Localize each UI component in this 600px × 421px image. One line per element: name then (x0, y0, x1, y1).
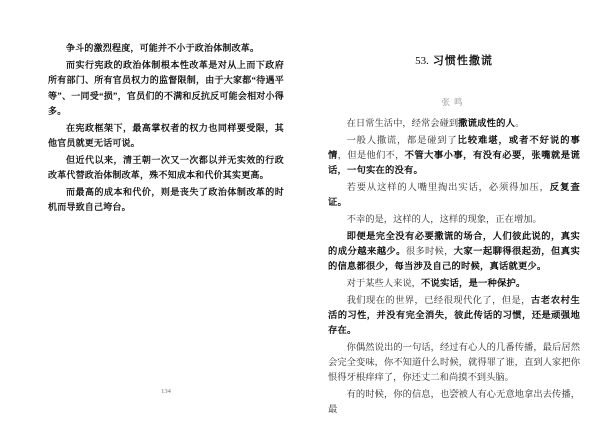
emphasis-text: 争斗的激烈程度，可能并不小于政治体制改革。 (66, 43, 259, 53)
paragraph: 即便是完全没有必要撒谎的场合，人们彼此说的，真实的成分越来越少。很多时候，大家一… (328, 230, 580, 275)
left-page-number: 134 (48, 388, 284, 395)
paragraph: 争斗的激烈程度，可能并不小于政治体制改革。 (48, 41, 284, 57)
paragraph: 若要从这样的人嘴里掏出实话，必须得加压，反复查证。 (328, 181, 580, 211)
emphasis-text: 在宪政框架下，最高掌权者的权力也同样要受限，其他官员就更无话可说。 (48, 123, 284, 149)
body-text: 一般人撒谎，都是碰到了 (347, 136, 458, 146)
body-text: 你偶然说出的一句话，经过有心人的几番传播，最后居然会完全变味，你不知道什么时候，… (328, 343, 580, 383)
paragraph: 一般人撒谎，都是碰到了比较难堪，或者不好说的事情，但是他们不，不管大事小事，有没… (328, 134, 580, 179)
left-page: 争斗的激烈程度，可能并不小于政治体制改革。而实行宪政的政治体制根本性改革是对从上… (48, 0, 284, 421)
body-text: 我们现在的世界，已经很现代化了，但是， (347, 296, 531, 306)
body-text: 在日常生活中，经常会碰到 (347, 119, 459, 129)
section-title: 习惯性撒谎 (433, 55, 493, 67)
emphasis-text: 撒谎成性的人 (458, 119, 515, 129)
right-page-number: 135 (328, 388, 580, 395)
emphasis-text: 但近代以来，清王朝一次又一次都以并无实效的行政改革代替政治体制改革，殊不知成本和… (48, 155, 284, 181)
paragraph: 但近代以来，清王朝一次又一次都以并无实效的行政改革代替政治体制改革，殊不知成本和… (48, 153, 284, 184)
body-text: 若要从这样的人嘴里掏出实话，必须得加压， (347, 183, 550, 193)
left-page-text: 争斗的激烈程度，可能并不小于政治体制改革。而实行宪政的政治体制根本性改革是对从上… (48, 41, 284, 217)
emphasis-text: 而实行宪政的政治体制根本性改革是对从上而下政府所有部门、所有官员权力的监督限制，… (48, 60, 284, 117)
emphasis-text: 而最高的成本和代价，则是丧失了政治体制改革的时机而导致自己垮台。 (48, 187, 284, 213)
section-heading: 53.习惯性撒谎 (328, 52, 580, 68)
author-name: 张鸣 (328, 96, 580, 108)
right-page: 53.习惯性撒谎 张鸣 在日常生活中，经常会碰到撒谎成性的人。一般人撒谎，都是碰… (328, 0, 580, 421)
paragraph: 不幸的是，这样的人，这样的现象，正在增加。 (328, 213, 580, 228)
paragraph: 而最高的成本和代价，则是丧失了政治体制改革的时机而导致自己垮台。 (48, 185, 284, 216)
paragraph: 我们现在的世界，已经很现代化了，但是，古老农村生活的习性，并没有完全消失，彼此传… (328, 294, 580, 339)
paragraph: 你偶然说出的一句话，经过有心人的几番传播，最后居然会完全变味，你不知道什么时候，… (328, 341, 580, 386)
body-text: 。 (515, 119, 524, 129)
paragraph: 而实行宪政的政治体制根本性改革是对从上而下政府所有部门、所有官员权力的监督限制，… (48, 58, 284, 120)
book-spread: { "colors": { "background": "#ffffff", "… (0, 0, 600, 421)
paragraph: 在日常生活中，经常会碰到撒谎成性的人。 (328, 117, 580, 132)
right-page-text: 在日常生活中，经常会碰到撒谎成性的人。一般人撒谎，都是碰到了比较难堪，或者不好说… (328, 117, 580, 420)
section-number: 53. (415, 55, 429, 67)
paragraph: 在宪政框架下，最高掌权者的权力也同样要受限，其他官员就更无话可说。 (48, 121, 284, 152)
body-text: 很多时候， (406, 247, 454, 257)
body-text: ，但是他们不， (338, 151, 405, 161)
emphasis-text: 不说实话，是一种保护。 (421, 279, 525, 289)
body-text: 不幸的是，这样的人，这样的现象，正在增加。 (347, 215, 542, 225)
body-text: 对于某些人来说， (347, 279, 421, 289)
paragraph: 对于某些人来说，不说实话，是一种保护。 (328, 277, 580, 292)
